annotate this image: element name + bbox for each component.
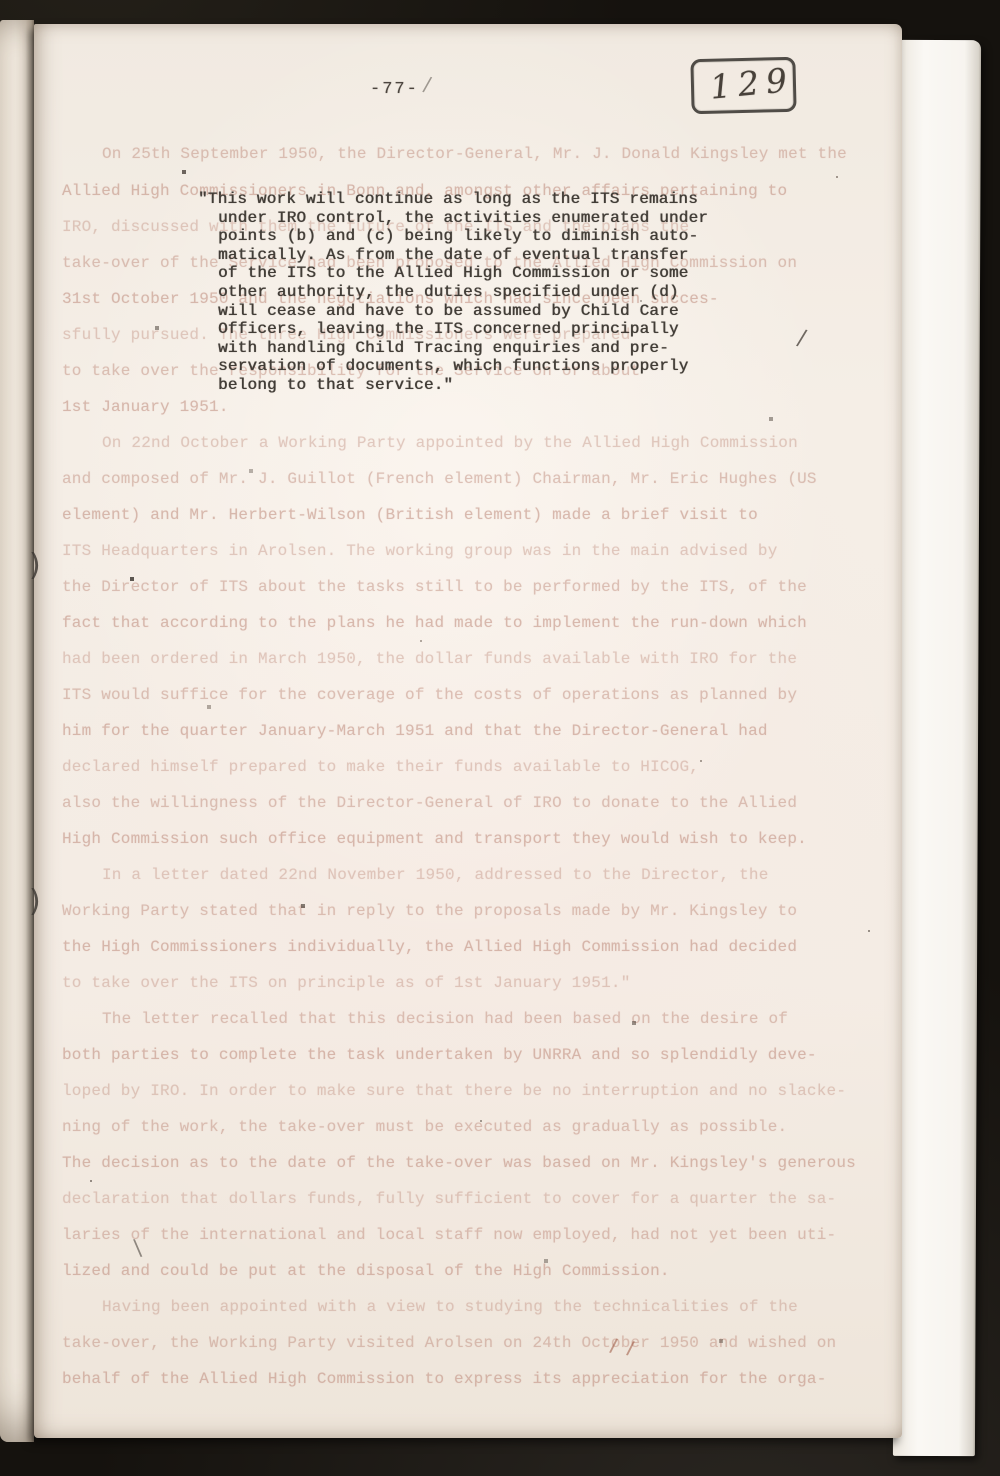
faint-text-line: to take over the ITS on principle as of … [62, 975, 898, 991]
faint-text-line: take-over, the Working Party visited Aro… [62, 1335, 898, 1351]
faint-text-line: declared himself prepared to make their … [62, 759, 898, 775]
faint-text-line: The decision as to the date of the take-… [62, 1155, 898, 1171]
faint-text-line: element) and Mr. Herbert-Wilson (British… [62, 507, 898, 523]
faint-text-line: also the willingness of the Director-Gen… [62, 795, 898, 811]
faint-text-line: lized and could be put at the disposal o… [62, 1263, 898, 1279]
faint-text-line: ITS would suffice for the coverage of th… [62, 687, 898, 703]
faint-text-line: and composed of Mr. J. Guillot (French e… [62, 471, 898, 487]
quotation-block: "This work will continue as long as the … [198, 190, 750, 395]
scan-background: { "scan": { "page_number": "-77-", "stam… [0, 0, 1000, 1476]
margin-bracket-mark: ) [29, 884, 41, 919]
faint-text-line: the High Commissioners individually, the… [62, 939, 898, 955]
faint-text-line: ITS Headquarters in Arolsen. The working… [62, 543, 898, 559]
faint-text-line: On 22nd October a Working Party appointe… [62, 435, 898, 451]
faint-text-line: On 25th September 1950, the Director-Gen… [62, 146, 898, 162]
faint-text-line: ning of the work, the take-over must be … [62, 1119, 898, 1135]
faint-text-line: laries of the international and local st… [62, 1227, 898, 1243]
faint-text-line: both parties to complete the task undert… [62, 1047, 898, 1063]
faint-text-line: High Commission such office equipment an… [62, 831, 898, 847]
faint-text-line: loped by IRO. In order to make sure that… [62, 1083, 898, 1099]
archive-stamp-box: 129 [690, 57, 796, 115]
faint-text-line: The letter recalled that this decision h… [62, 1011, 898, 1027]
dust-specks [0, 0, 2, 2]
faint-text-line: him for the quarter January-March 1951 a… [62, 723, 898, 739]
faint-text-line: declaration that dollars funds, fully su… [62, 1191, 898, 1207]
faint-text-line: Working Party stated that in reply to th… [62, 903, 898, 919]
stamp-number-handwritten: 129 [708, 60, 795, 107]
faint-text-line: behalf of the Allied High Commission to … [62, 1371, 898, 1387]
page-number: -77- [370, 80, 419, 99]
faint-text-line: In a letter dated 22nd November 1950, ad… [62, 867, 898, 883]
faint-text-line: the Director of ITS about the tasks stil… [62, 579, 898, 595]
faint-text-line: had been ordered in March 1950, the doll… [62, 651, 898, 667]
faint-text-line: 1st January 1951. [62, 399, 898, 415]
faint-text-line: fact that according to the plans he had … [62, 615, 898, 631]
faint-text-line: Having been appointed with a view to stu… [62, 1299, 898, 1315]
margin-bracket-mark: ) [29, 548, 41, 583]
